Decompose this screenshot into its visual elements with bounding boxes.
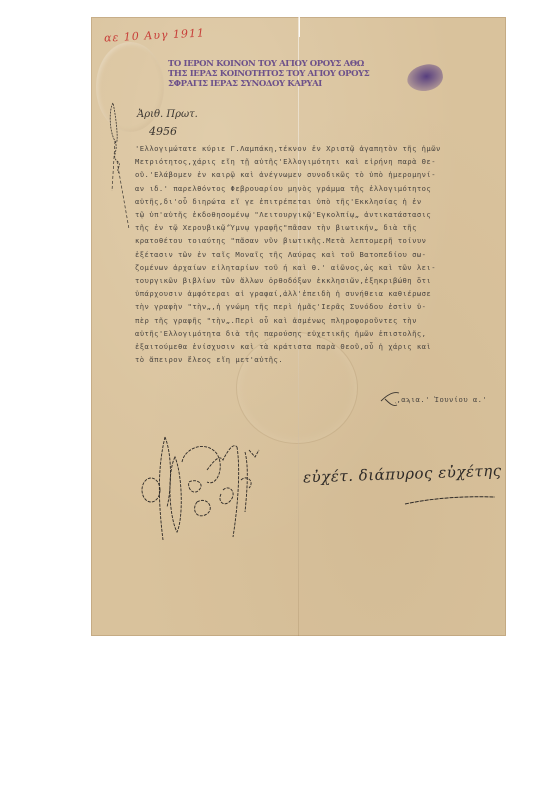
fold-tear <box>299 17 300 37</box>
body-line: τὴν γραφὴν "τὴν„,ἡ γνώμη τῆς περὶ ἡμᾶς'Ι… <box>135 300 500 313</box>
body-line: οῦ.'Ελάβομεν ἐν καιρῷ καὶ ἀνέγνωμεν συνο… <box>135 168 500 181</box>
stamp-line: ΤΗΣ ΙΕΡΑΣ ΚΟΙΝΟΤΗΤΟΣ ΤΟΥ ΑΓΙΟΥ ΟΡΟΥΣ <box>168 69 438 79</box>
body-line: τῷ ὑπ'αὐτῆς ἐκδοθησομένῳ "Λειτουργικῷ'Εγ… <box>135 208 500 221</box>
body-line: ὑπάρχουσιν ἀμφότεραι αἱ γραφαί,ἀλλ'ἐπειδ… <box>135 287 500 300</box>
body-line: 'Ελλογιμώτατε κύριε Γ.Λαμπάκη,τέκνον ἐν … <box>135 142 500 155</box>
stamp-line: ΤΟ ΙΕΡΟΝ ΚΟΙΝΟΝ ΤΟΥ ΑΓΙΟΥ ΟΡΟΥΣ ΑΘΩ <box>168 59 438 69</box>
signature-underline <box>403 494 498 506</box>
body-line: τὸ ἄπειρον ἔλεος εἴη μετ'αὐτῆς. <box>135 353 500 366</box>
stamp-line: ΣΦΡΑΓΙΣ ΙΕΡΑΣ ΣΥΝΟΔΟΥ ΚΑΡΥΑΙ <box>168 79 438 89</box>
reference-number: 4956 <box>149 125 177 138</box>
body-line: ἐξέτασιν τῶν ἐν ταῖς Μοναῖς τῆς Λαύρας κ… <box>135 248 500 261</box>
patriarch-signature-monogram <box>137 432 307 542</box>
margin-flourish-mark <box>107 101 137 231</box>
body-line: τῆς ἐν τῷ Χερουβικῷ'Ὕμνῳ γραφῆς"πᾶσαν τὴ… <box>135 221 500 234</box>
letter-body: 'Ελλογιμώτατε κύριε Γ.Λαμπάκη,τέκνον ἐν … <box>135 142 500 366</box>
signature-text: εὐχέτ. διάπυρος εὐχέτης <box>303 462 502 487</box>
purple-ink-stamp: ΤΟ ΙΕΡΟΝ ΚΟΙΝΟΝ ΤΟΥ ΑΓΙΟΥ ΟΡΟΥΣ ΑΘΩ ΤΗΣ … <box>168 59 438 99</box>
body-line: τουργικῶν βιβλίων τῶν ἄλλων ὀρθοδόξων ἐκ… <box>135 274 500 287</box>
body-line: ζομένων ἀρχαίων εἰληταρίων τοῦ ή καὶ θ.'… <box>135 261 500 274</box>
body-line: αν ιδ.' παρελθόντος Φεβρουαρίου μηνὸς γρ… <box>135 182 500 195</box>
body-line: αὐτῆς,δι'οὗ διηρώτα εἴ γε ἐπιτρέπεται ὑπ… <box>135 195 500 208</box>
body-line: πὲρ τῆς γραφῆς "τὴν„.Περὶ οὗ καὶ ἀσμένως… <box>135 314 500 327</box>
body-line: Μετριότητος,χάρις εἴη τῇ αὐτῆς'Ελλογιμότ… <box>135 155 500 168</box>
body-line: αὐτῆς'Ελλογιμότητα διὰ τῆς παρούσης εὐχε… <box>135 327 500 340</box>
body-line: κρατοθέτου τοιαύτης "πᾶσαν νῦν βιωτικῆς.… <box>135 234 500 247</box>
body-line: ἐξαιτούμεθα ἐνίσχυσιν καὶ τὰ κράτιστα πα… <box>135 340 500 353</box>
reference-label: Ἀριθ. Πρωτ. <box>137 109 198 120</box>
scanned-document-page: αε 10 Αυγ 1911 ΤΟ ΙΕΡΟΝ ΚΟΙΝΟΝ ΤΟΥ ΑΓΙΟΥ… <box>91 17 506 636</box>
red-archival-annotation: αε 10 Αυγ 1911 <box>104 26 206 44</box>
closing-date: ͅ,αϡια.' Ἰουνίου α.' <box>396 395 487 404</box>
